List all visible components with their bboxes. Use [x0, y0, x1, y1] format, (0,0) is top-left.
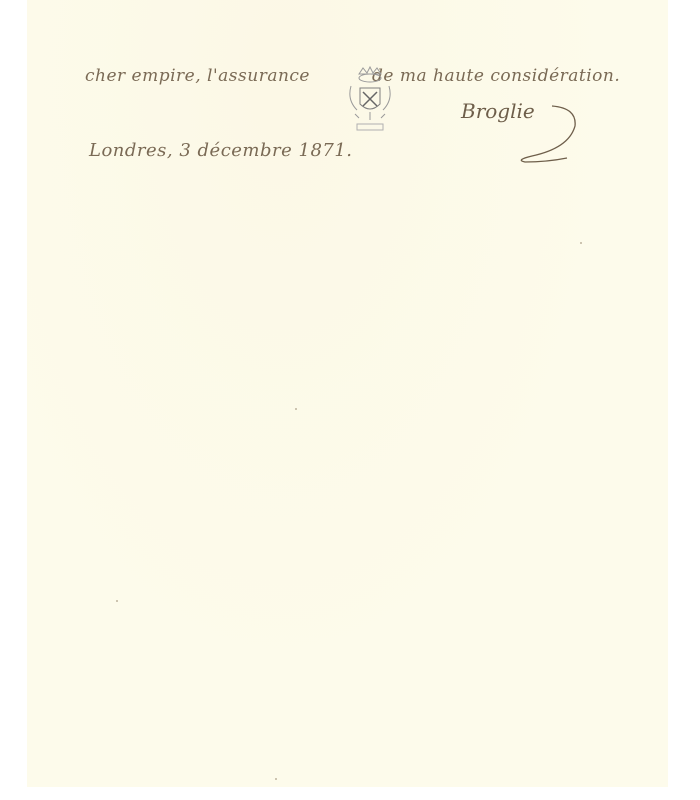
closing-line-part-2: de ma haute considération. [372, 66, 620, 86]
paper-speck [116, 600, 118, 602]
date-line: Londres, 3 décembre 1871. [89, 140, 353, 161]
paper-speck [580, 242, 582, 244]
coat-of-arms-icon [345, 64, 395, 136]
svg-text:Broglie: Broglie [460, 99, 535, 123]
paper-speck [275, 778, 277, 780]
paper-speck [295, 408, 297, 410]
signature: Broglie [457, 96, 597, 171]
closing-line-part-1: cher empire, l'assurance [85, 66, 310, 86]
letter-page: cher empire, l'assurance de ma haute con… [27, 0, 668, 787]
